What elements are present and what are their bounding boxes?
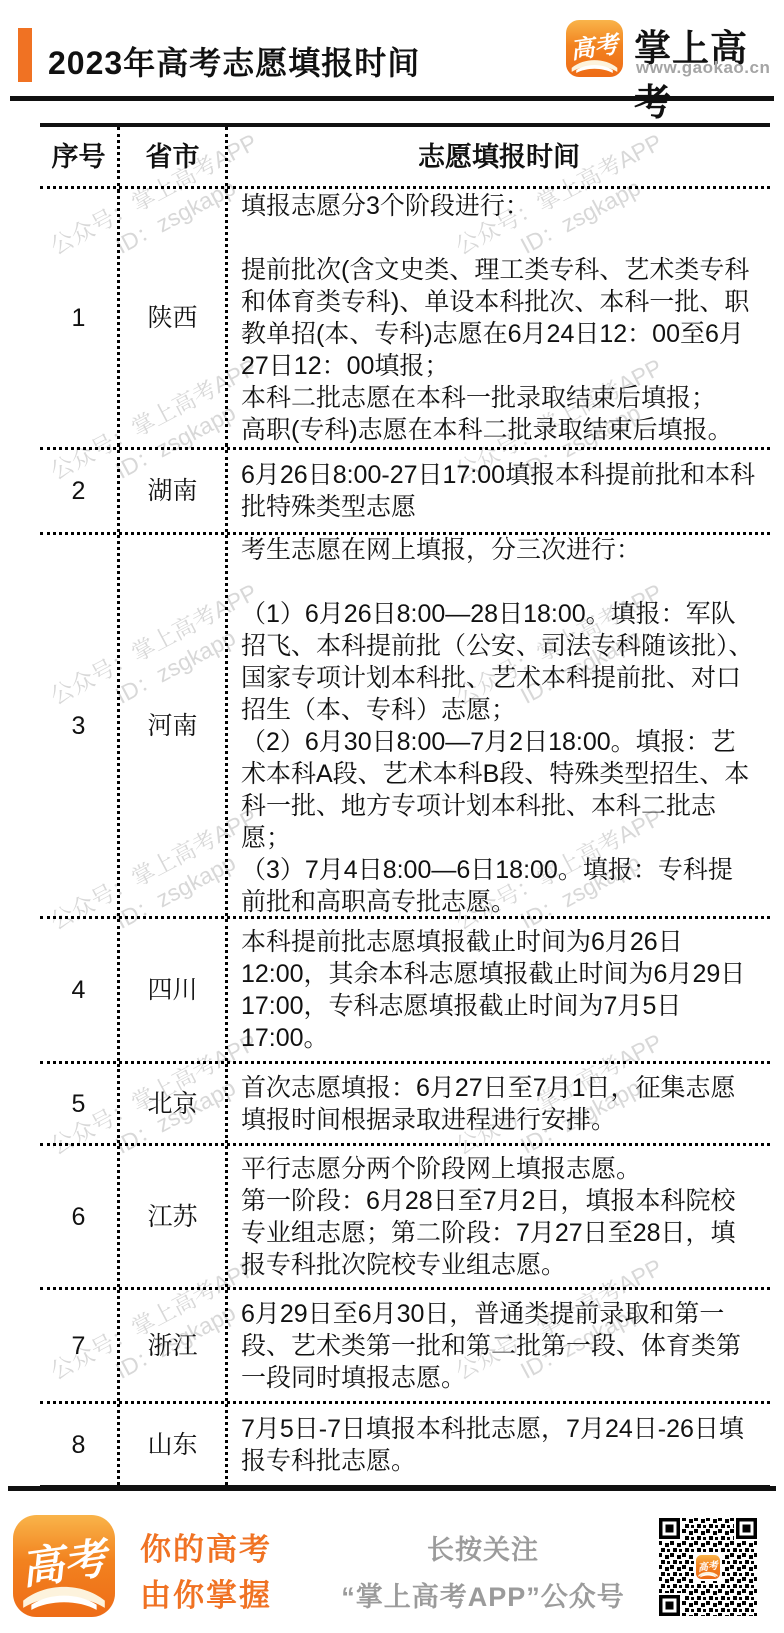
fill-time-table: 序号 省市 志愿填报时间 1 陕西 填报志愿分3个阶段进行： 提前批次(含文史类… [40, 123, 770, 1489]
col-header-province: 省市 [120, 127, 228, 186]
province: 浙江 [120, 1290, 228, 1401]
header: 2023年高考志愿填报时间 掌上高考 www.gaokao.cn [0, 0, 784, 96]
fill-time: 6月26日8:00-27日17:00填报本科提前批和本科批特殊类型志愿 [228, 450, 767, 532]
follow-prompt: 长按关注 “掌上高考APP”公众号 [300, 1527, 666, 1621]
table-row: 1 陕西 填报志愿分3个阶段进行： 提前批次(含文史类、理工类专科、艺术类专科和… [40, 186, 770, 447]
province: 陕西 [120, 189, 228, 447]
table-row: 5 北京 首次志愿填报：6月27日至7月1日，征集志愿填报时间根据录取进程进行安… [40, 1061, 770, 1143]
row-number: 4 [40, 919, 120, 1061]
qr-finder-bottom-left [658, 1593, 682, 1617]
row-number: 7 [40, 1290, 120, 1401]
row-number: 2 [40, 450, 120, 532]
table-row: 8 山东 7月5日-7日填报本科批志愿，7月24日-26日填报专科批志愿。 [40, 1401, 770, 1485]
fill-time: 7月5日-7日填报本科批志愿，7月24日-26日填报专科批志愿。 [228, 1404, 767, 1485]
table-header-row: 序号 省市 志愿填报时间 [40, 127, 770, 186]
row-number: 3 [40, 535, 120, 916]
row-number: 5 [40, 1064, 120, 1143]
brand-url: www.gaokao.cn [636, 58, 770, 78]
province: 湖南 [120, 450, 228, 532]
province: 山东 [120, 1404, 228, 1485]
table-row: 2 湖南 6月26日8:00-27日17:00填报本科提前批和本科批特殊类型志愿 [40, 447, 770, 532]
footer-slogan: 你的高考 由你掌握 [140, 1527, 272, 1619]
slogan-line2: 由你掌握 [140, 1578, 272, 1613]
fill-time: 平行志愿分两个阶段网上填报志愿。 第一阶段：6月28日至7月2日，填报本科院校专… [228, 1146, 767, 1287]
title-accent-bar [18, 28, 32, 82]
page-title: 2023年高考志愿填报时间 [48, 38, 420, 84]
row-number: 1 [40, 189, 120, 447]
fill-time: 考生志愿在网上填报，分三次进行： （1）6月26日8:00—28日18:00。填… [228, 535, 767, 916]
province: 河南 [120, 535, 228, 916]
slogan-line1: 你的高考 [140, 1532, 272, 1567]
gaokao-app-icon [566, 20, 623, 77]
header-divider [10, 96, 774, 101]
qr-code [658, 1517, 758, 1617]
gaokao-app-icon [13, 1515, 115, 1617]
fill-time: 填报志愿分3个阶段进行： 提前批次(含文史类、理工类专科、艺术类专科和体育类专科… [228, 189, 767, 447]
follow-line2: “掌上高考APP”公众号 [341, 1582, 625, 1612]
table-row: 6 江苏 平行志愿分两个阶段网上填报志愿。 第一阶段：6月28日至7月2日，填报… [40, 1143, 770, 1287]
col-header-time: 志愿填报时间 [228, 127, 767, 186]
col-header-number: 序号 [40, 127, 120, 186]
table-row: 3 河南 考生志愿在网上填报，分三次进行： （1）6月26日8:00—28日18… [40, 532, 770, 916]
follow-line1: 长按关注 [427, 1535, 539, 1565]
qr-finder-top-right [734, 1517, 758, 1541]
fill-time: 首次志愿填报：6月27日至7月1日，征集志愿填报时间根据录取进程进行安排。 [228, 1064, 767, 1143]
qr-finder-top-left [658, 1517, 682, 1541]
province: 北京 [120, 1064, 228, 1143]
province: 江苏 [120, 1146, 228, 1287]
fill-time: 本科提前批志愿填报截止时间为6月26日12:00，其余本科志愿填报截止时间为6月… [228, 919, 767, 1061]
fill-time: 6月29日至6月30日，普通类提前录取和第一段、艺术类第一批和第二批第一段、体育… [228, 1290, 767, 1401]
province: 四川 [120, 919, 228, 1061]
qr-center-app-icon [696, 1555, 721, 1579]
footer: 你的高考 由你掌握 长按关注 “掌上高考APP”公众号 [0, 1491, 784, 1633]
table-row: 4 四川 本科提前批志愿填报截止时间为6月26日12:00，其余本科志愿填报截止… [40, 916, 770, 1061]
table-row: 7 浙江 6月29日至6月30日，普通类提前录取和第一段、艺术类第一批和第二批第… [40, 1287, 770, 1401]
row-number: 8 [40, 1404, 120, 1485]
row-number: 6 [40, 1146, 120, 1287]
